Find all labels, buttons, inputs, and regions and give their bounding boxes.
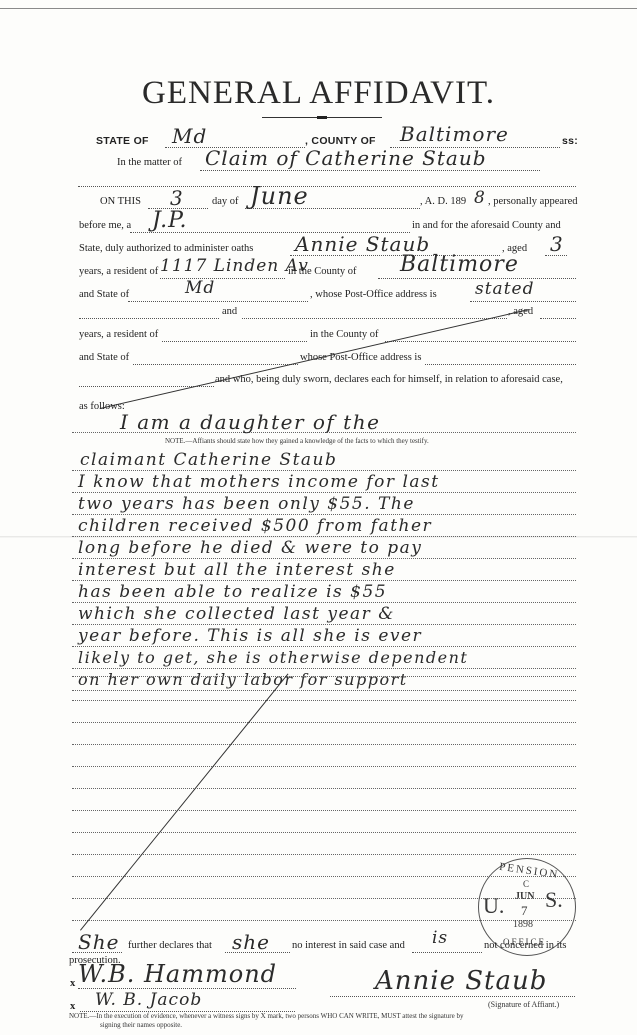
affiant1-residence: 1117 Linden Av [160, 256, 309, 276]
statement-line: on her own daily labor for support [78, 670, 408, 689]
ss-label: ss: [562, 135, 578, 147]
statement-rule [72, 690, 576, 691]
further-label: further declares that [128, 940, 212, 951]
county-value: Baltimore [400, 122, 509, 146]
witness2-signature: W. B. Jacob [95, 990, 202, 1010]
blank-rule [72, 766, 576, 767]
matter-value: Claim of Catherine Staub [205, 146, 487, 170]
blank-rule [72, 810, 576, 811]
title-divider [262, 117, 382, 118]
page-top-edge [0, 8, 637, 9]
affiant1-state: Md [185, 278, 215, 298]
statement-line: children received $500 from father [78, 516, 432, 536]
sworn-label: and who, being duly sworn, declares each… [215, 374, 563, 385]
year-suffix: 8 [474, 188, 486, 208]
in-county-label: in the County of [288, 266, 357, 277]
day-value: 3 [170, 186, 184, 210]
further-subject: She [78, 930, 119, 954]
state-duly-label: State, duly authorized to administer oat… [79, 243, 253, 254]
state-value: Md [172, 124, 207, 148]
resident2-label: years, a resident of [79, 329, 158, 340]
not-concerned-label: not concerned in its [484, 940, 567, 951]
affiant1-age: 3 [550, 232, 564, 256]
statement-line: I am a daughter of the [120, 410, 380, 434]
signature-caption: (Signature of Affiant.) [488, 1000, 559, 1009]
month-value: June [250, 182, 309, 210]
is-value: is [432, 928, 448, 948]
affiant1-po: stated [475, 279, 534, 299]
has-value: she [232, 930, 270, 954]
statement-rule [72, 536, 576, 537]
blank-rule [72, 854, 576, 855]
blank-rule [72, 832, 576, 833]
statement-line: interest but all the interest she [78, 560, 396, 580]
po2-line [425, 364, 576, 365]
blank-rule [72, 788, 576, 789]
affiant2-name-line [79, 318, 219, 319]
statement-line: has been able to realize is $55 [78, 582, 387, 602]
statement-rule [72, 558, 576, 559]
statement-rule [72, 514, 576, 515]
statement-rule [72, 580, 576, 581]
county3-line [385, 341, 576, 342]
state-label: STATE OF [96, 135, 149, 147]
statement-rule [72, 470, 576, 471]
strike-line-top [100, 309, 529, 409]
affiant1-county: Baltimore [400, 252, 519, 277]
and-state-label: and State of [79, 289, 129, 300]
affiant-signature-line [330, 996, 575, 997]
blank-rule [72, 700, 576, 701]
statement-line: two years has been only $55. The [78, 494, 415, 514]
statement-line: year before. This is all she is ever [78, 626, 422, 646]
affiant-signature: Annie Staub [375, 966, 547, 996]
age2-line [540, 318, 576, 319]
on-this-label: ON THIS [100, 196, 141, 207]
officer-value: J.P. [152, 208, 187, 233]
strike-line-bottom [80, 674, 289, 931]
aforesaid-label: in and for the aforesaid County and [412, 220, 561, 231]
page-title: GENERAL AFFIDAVIT. [0, 75, 637, 112]
statement-rule [72, 668, 576, 669]
po-label: , whose Post-Office address is [310, 289, 437, 300]
witness1-mark: x [70, 978, 75, 989]
statement-rule [72, 492, 576, 493]
po-line [470, 301, 576, 302]
day-of-label: day of [212, 196, 239, 207]
witness1-signature: W.B. Hammond [78, 960, 277, 988]
statement-line: long before he died & were to pay [78, 538, 422, 558]
blank-rule [72, 676, 576, 677]
statement-rule [72, 602, 576, 603]
is-line [412, 952, 482, 953]
resident-label: years, a resident of [79, 266, 158, 277]
affiant2-line [242, 318, 507, 319]
before-me-label: before me, a [79, 220, 131, 231]
witness1-line [78, 988, 296, 989]
state3-line [133, 364, 298, 365]
matter-line-2 [78, 186, 576, 187]
matter-label: In the matter of [117, 157, 182, 168]
affidavit-page: GENERAL AFFIDAVIT. STATE OF Md , COUNTY … [0, 0, 637, 1035]
matter-line [200, 170, 540, 171]
note-witness-2: signing their names opposite. [100, 1021, 182, 1029]
statement-line: which she collected last year & [78, 604, 395, 624]
and-state2-label: and State of [79, 352, 129, 363]
ad-label: , A. D. 189 [420, 196, 466, 207]
and-label: and [222, 306, 237, 317]
residence2-line [162, 341, 307, 342]
note-affiants: NOTE.—Affiants should state how they gai… [165, 437, 429, 445]
note-witness: NOTE.—In the execution of evidence, when… [69, 1012, 463, 1020]
statement-rule [72, 646, 576, 647]
in-county2-label: in the County of [310, 329, 379, 340]
witness2-mark: x [70, 1001, 75, 1012]
residence-line [160, 278, 285, 279]
blank-rule [72, 744, 576, 745]
personally-label: , personally appeared [488, 196, 578, 207]
no-interest-label: no interest in said case and [292, 940, 405, 951]
statement-line: claimant Catherine Staub [80, 450, 337, 470]
statement-line: likely to get, she is otherwise dependen… [78, 648, 468, 667]
state2-line [128, 301, 308, 302]
statement-rule [72, 624, 576, 625]
statement-line: I know that mothers income for last [78, 472, 440, 492]
blank-rule [72, 722, 576, 723]
